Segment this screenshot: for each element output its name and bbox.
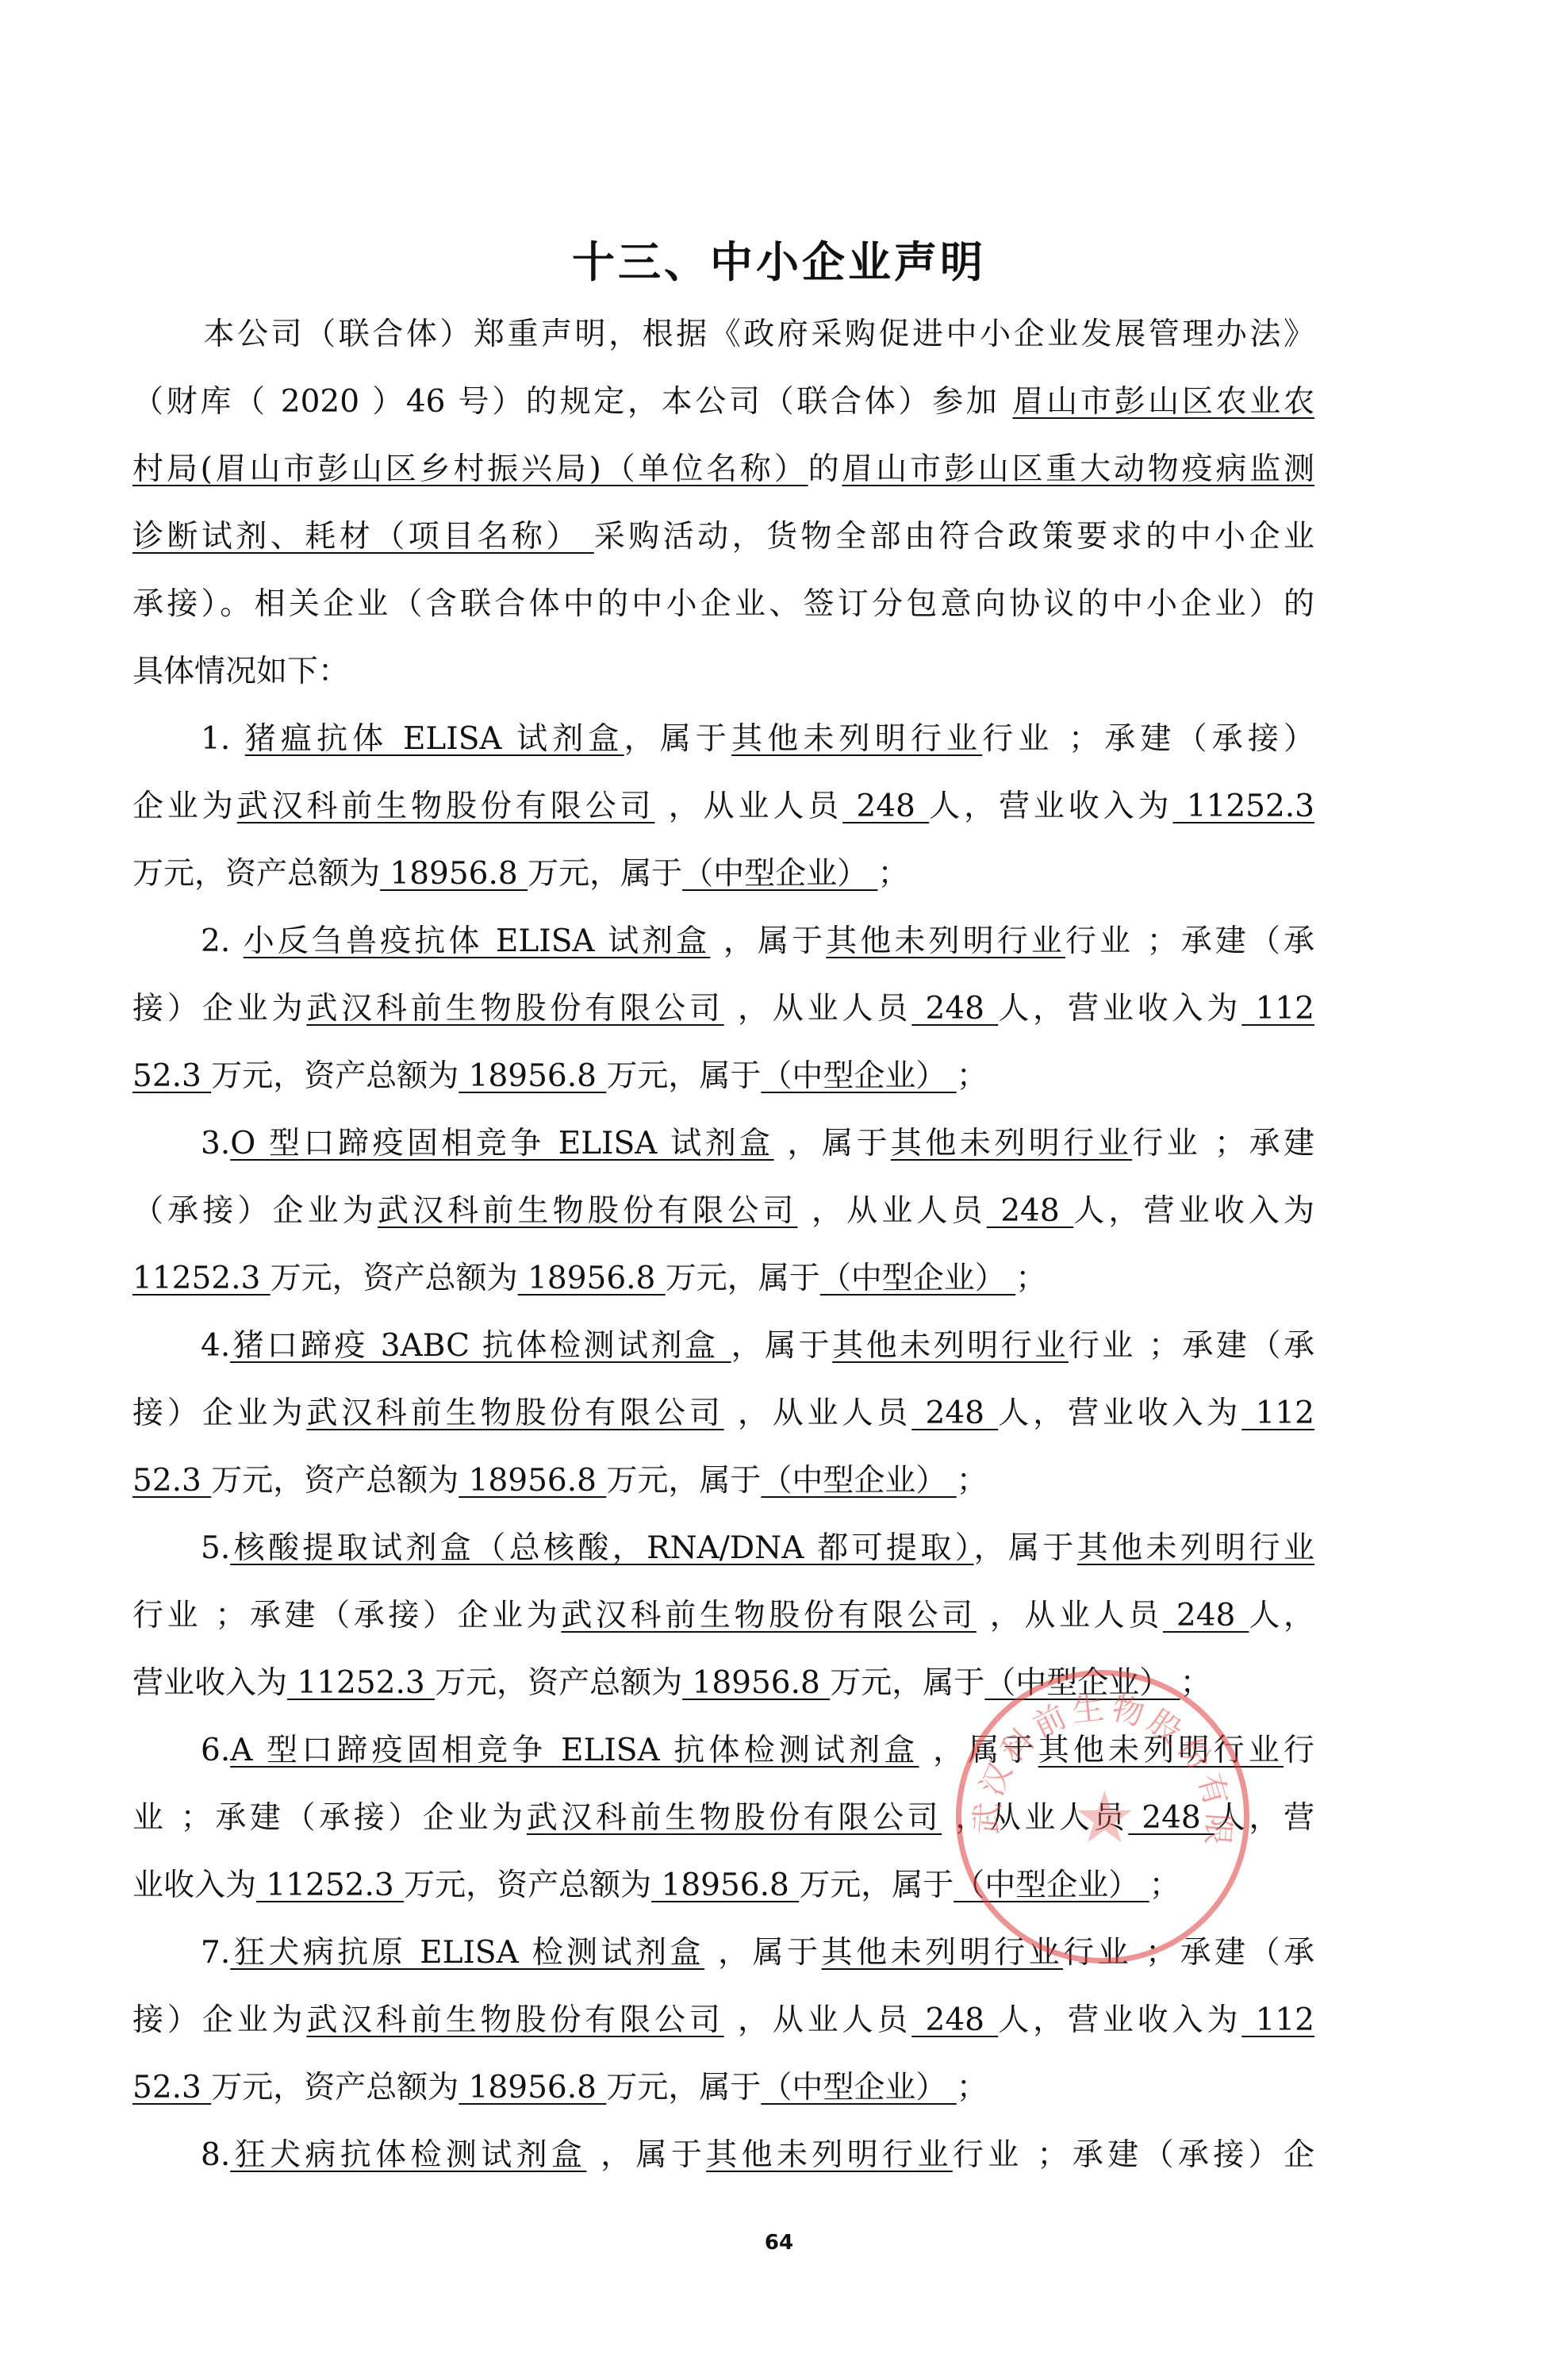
filled-field: 眉山市彭山区重大动物疫病监测: [842, 451, 1314, 487]
static-text: ，从业人员: [942, 1800, 1128, 1836]
text-line: 接）企业为武汉科前生物股份有限公司 ，从业人员 248 人，营业收入为 112: [132, 1997, 1314, 2044]
text-line: 具体情况如下：: [132, 648, 1314, 696]
static-text: ，从业人员: [798, 1193, 987, 1229]
filled-field: 18956.8: [459, 2070, 606, 2106]
filled-field: 11252.3: [256, 1868, 404, 1903]
text-line: 11252.3 万元，资产总额为 18956.8 万元，属于（中型企业） ；: [132, 1255, 1314, 1303]
text-line: 6.A 型口蹄疫固相竞争 ELISA 抗体检测试剂盒 ，属于其他未列明行业行: [132, 1727, 1314, 1775]
static-text: ，从业人员: [654, 789, 842, 824]
filled-field: 其他未列明行业: [706, 2137, 953, 2173]
static-text: ，属于: [774, 1126, 891, 1161]
filled-field: 眉山市彭山区农业农: [1013, 384, 1314, 420]
filled-field: 核酸提取试剂盒（总核酸，RNA/DNA 都可提取）: [230, 1530, 973, 1566]
filled-field: 52.3: [132, 2070, 211, 2106]
static-text: 业收入为: [132, 1868, 256, 1903]
text-line: 企业为武汉科前生物股份有限公司 ，从业人员 248 人，营业收入为 11252.…: [132, 783, 1314, 831]
static-text: ，从业人员: [977, 1598, 1163, 1633]
static-text: 接）企业为: [132, 991, 306, 1027]
filled-field: 18956.8: [682, 1665, 830, 1701]
static-text: 万元，资产总额为: [211, 1058, 459, 1094]
text-line: 接）企业为武汉科前生物股份有限公司 ，从业人员 248 人，营业收入为 112: [132, 1390, 1314, 1438]
filled-field: 11252.3: [132, 1261, 271, 1296]
filled-field: （中型企业）: [954, 1868, 1149, 1903]
static-text: 人，营业收入为: [998, 991, 1241, 1027]
filled-field: 村局(眉山市彭山区乡村振兴局)（单位名称）: [132, 451, 808, 487]
text-line: 营业收入为 11252.3 万元，资产总额为 18956.8 万元，属于（中型企…: [132, 1660, 1314, 1707]
static-text: 2.: [201, 923, 244, 959]
static-text: 万元，资产总额为: [435, 1665, 682, 1701]
filled-field: （中型企业）: [761, 2070, 956, 2106]
static-text: 8.: [201, 2137, 230, 2173]
filled-field: 248: [842, 789, 929, 824]
static-text: ；: [1180, 1665, 1211, 1701]
static-text: 行业 ；承建（承: [1063, 1935, 1314, 1971]
text-line: 3.O 型口蹄疫固相竞争 ELISA 试剂盒 ，属于其他未列明行业行业 ；承建: [132, 1120, 1314, 1168]
static-text: 万元，属于: [799, 1868, 954, 1903]
static-text: （承接）企业为: [132, 1193, 378, 1229]
filled-field: 248: [911, 2002, 998, 2038]
static-text: ，属于: [710, 923, 826, 959]
filled-field: （中型企业）: [984, 1665, 1180, 1701]
filled-field: 248: [911, 1395, 998, 1431]
filled-field: （中型企业）: [761, 1058, 956, 1094]
filled-field: A 型口蹄疫固相竞争 ELISA 抗体检测试剂盒: [230, 1733, 919, 1768]
static-text: 7.: [201, 1935, 230, 1971]
static-text: ；: [957, 2070, 988, 2106]
static-text: 行业 ；承建（承接）: [982, 721, 1314, 757]
filled-field: 武汉科前生物股份有限公司: [378, 1193, 798, 1229]
text-line: 2. 小反刍兽疫抗体 ELISA 试剂盒 ，属于其他未列明行业行业 ；承建（承: [132, 918, 1314, 965]
text-line: 业收入为 11252.3 万元，资产总额为 18956.8 万元，属于（中型企业…: [132, 1862, 1314, 1910]
text-line: 52.3 万元，资产总额为 18956.8 万元，属于（中型企业） ；: [132, 1457, 1314, 1505]
static-text: 承接）。相关企业（含联合体中的中小企业、签订分包意向协议的中小企业）的: [132, 586, 1314, 622]
static-text: ，属于: [704, 1935, 821, 1971]
static-text: ；: [1015, 1261, 1046, 1296]
filled-field: （中型企业）: [761, 1463, 956, 1499]
filled-field: 248: [1128, 1800, 1214, 1836]
filled-field: 18956.8: [459, 1058, 606, 1094]
static-text: 行业 ；承建（承接）企: [953, 2137, 1314, 2173]
static-text: 业 ；承建（承接）企业为: [132, 1800, 527, 1836]
static-text: 人，营: [1215, 1800, 1314, 1836]
static-text: 万元，资产总额为: [132, 856, 380, 892]
filled-field: 武汉科前生物股份有限公司: [306, 1395, 723, 1431]
text-line: 承接）。相关企业（含联合体中的中小企业、签订分包意向协议的中小企业）的: [132, 581, 1314, 628]
static-text: 万元，属于: [666, 1261, 820, 1296]
text-line: 1. 猪瘟抗体 ELISA 试剂盒，属于其他未列明行业行业 ；承建（承接）: [132, 716, 1314, 763]
filled-field: 其他未列明行业: [822, 1935, 1064, 1971]
static-text: 1.: [201, 721, 245, 757]
static-text: 接）企业为: [132, 1395, 306, 1431]
filled-field: 其他未列明行业: [731, 721, 982, 757]
static-text: 万元，资产总额为: [271, 1261, 518, 1296]
filled-field: 其他未列明行业: [1038, 1733, 1284, 1768]
filled-field: 武汉科前生物股份有限公司: [527, 1800, 942, 1836]
filled-field: 248: [987, 1193, 1074, 1229]
static-text: 5.: [201, 1530, 230, 1566]
static-text: ；: [878, 856, 909, 892]
static-text: 的: [808, 451, 842, 487]
filled-field: 小反刍兽疫抗体 ELISA 试剂盒: [244, 923, 711, 959]
static-text: ，属于: [919, 1733, 1038, 1768]
text-line: 52.3 万元，资产总额为 18956.8 万元，属于（中型企业） ；: [132, 1053, 1314, 1100]
filled-field: （中型企业）: [820, 1261, 1015, 1296]
text-line: 4.猪口蹄疫 3ABC 抗体检测试剂盒 ，属于其他未列明行业行业 ；承建（承: [132, 1322, 1314, 1370]
static-text: 4.: [201, 1328, 230, 1364]
filled-field: 其他未列明行业: [826, 923, 1065, 959]
static-text: ；: [957, 1463, 988, 1499]
static-text: 万元，属于: [830, 1665, 984, 1701]
filled-field: 11252.3: [287, 1665, 435, 1701]
static-text: 本公司（联合体）郑重声明，根据《政府采购促进中小企业发展管理办法》: [201, 317, 1314, 352]
static-text: ，属于: [731, 1328, 833, 1364]
static-text: 营业收入为: [132, 1665, 287, 1701]
text-line: 52.3 万元，资产总额为 18956.8 万元，属于（中型企业） ；: [132, 2064, 1314, 2112]
static-text: 万元，属于: [528, 856, 682, 892]
filled-field: 武汉科前生物股份有限公司: [561, 1598, 976, 1633]
filled-field: O 型口蹄疫固相竞争 ELISA 试剂盒: [230, 1126, 773, 1161]
static-text: 人，营业收入为: [998, 2002, 1241, 2038]
static-text: 行业 ；承建: [1132, 1126, 1314, 1161]
filled-field: 诊断试剂、耗材（项目名称）: [132, 519, 594, 555]
static-text: 万元，资产总额为: [404, 1868, 651, 1903]
filled-field: 武汉科前生物股份有限公司: [237, 789, 655, 824]
filled-field: 18956.8: [651, 1868, 799, 1903]
static-text: 万元，资产总额为: [211, 1463, 459, 1499]
static-text: 人，营业收入为: [929, 789, 1172, 824]
text-line: 7.狂犬病抗原 ELISA 检测试剂盒 ，属于其他未列明行业行业 ；承建（承: [132, 1929, 1314, 1977]
static-text: 采购活动，货物全部由符合政策要求的中小企业: [594, 519, 1314, 555]
filled-field: 武汉科前生物股份有限公司: [306, 991, 723, 1027]
filled-field: 52.3: [132, 1463, 211, 1499]
filled-field: 其他未列明行业: [1077, 1530, 1314, 1566]
static-text: 具体情况如下：: [132, 654, 349, 689]
filled-field: 11252.3: [1172, 789, 1314, 824]
filled-field: 248: [1163, 1598, 1249, 1633]
static-text: （财库（ 2020 ）46 号）的规定，本公司（联合体）参加: [132, 384, 1013, 420]
static-text: ，从业人员: [724, 2002, 912, 2038]
page-number: 64: [0, 2231, 1558, 2255]
text-line: 业 ；承建（承接）企业为武汉科前生物股份有限公司 ，从业人员 248 人，营: [132, 1795, 1314, 1842]
filled-field: 狂犬病抗原 ELISA 检测试剂盒: [230, 1935, 704, 1971]
page-title: 十三、中小企业声明: [0, 228, 1558, 290]
static-text: 接）企业为: [132, 2002, 306, 2038]
static-text: 人，: [1249, 1598, 1314, 1633]
text-line: 村局(眉山市彭山区乡村振兴局)（单位名称）的眉山市彭山区重大动物疫病监测: [132, 446, 1314, 493]
filled-field: 猪口蹄疫 3ABC 抗体检测试剂盒: [230, 1328, 731, 1364]
text-line: 万元，资产总额为 18956.8 万元，属于（中型企业） ；: [132, 850, 1314, 898]
static-text: 人，营业收入为: [998, 1395, 1241, 1431]
text-line: 行业 ；承建（承接）企业为武汉科前生物股份有限公司 ，从业人员 248 人，: [132, 1592, 1314, 1640]
static-text: ，属于: [586, 2137, 706, 2173]
static-text: 行业 ；承建（承: [1065, 923, 1314, 959]
static-text: 万元，属于: [606, 2070, 761, 2106]
static-text: ；: [957, 1058, 988, 1094]
filled-field: 112: [1241, 991, 1314, 1027]
static-text: 万元，资产总额为: [211, 2070, 459, 2106]
filled-field: 248: [911, 991, 998, 1027]
static-text: 万元，属于: [606, 1058, 761, 1094]
static-text: 3.: [201, 1126, 230, 1161]
text-line: 本公司（联合体）郑重声明，根据《政府采购促进中小企业发展管理办法》: [132, 311, 1314, 359]
static-text: 行: [1284, 1733, 1314, 1768]
static-text: ；: [1149, 1868, 1180, 1903]
filled-field: 112: [1241, 2002, 1314, 2038]
filled-field: （中型企业）: [682, 856, 877, 892]
filled-field: 112: [1241, 1395, 1314, 1431]
filled-field: 狂犬病抗体检测试剂盒: [230, 2137, 586, 2173]
filled-field: 18956.8: [518, 1261, 666, 1296]
text-line: （财库（ 2020 ）46 号）的规定，本公司（联合体）参加 眉山市彭山区农业农: [132, 378, 1314, 426]
filled-field: 18956.8: [380, 856, 528, 892]
static-text: 企业为: [132, 789, 237, 824]
static-text: 万元，属于: [606, 1463, 761, 1499]
filled-field: 其他未列明行业: [891, 1126, 1132, 1161]
text-line: 5.核酸提取试剂盒（总核酸，RNA/DNA 都可提取），属于其他未列明行业: [132, 1525, 1314, 1572]
static-text: 行业 ；承建（承接）企业为: [132, 1598, 561, 1633]
filled-field: 其他未列明行业: [832, 1328, 1069, 1364]
static-text: ，属于: [974, 1530, 1077, 1566]
static-text: ，属于: [624, 721, 731, 757]
text-line: （承接）企业为武汉科前生物股份有限公司 ，从业人员 248 人，营业收入为: [132, 1188, 1314, 1235]
filled-field: 武汉科前生物股份有限公司: [306, 2002, 723, 2038]
text-line: 诊断试剂、耗材（项目名称） 采购活动，货物全部由符合政策要求的中小企业: [132, 513, 1314, 561]
static-text: ，从业人员: [724, 991, 912, 1027]
filled-field: 52.3: [132, 1058, 211, 1094]
filled-field: 猪瘟抗体 ELISA 试剂盒: [245, 721, 624, 757]
text-line: 接）企业为武汉科前生物股份有限公司 ，从业人员 248 人，营业收入为 112: [132, 985, 1314, 1033]
static-text: 人，营业收入为: [1073, 1193, 1314, 1229]
document-page: 十三、中小企业声明 本公司（联合体）郑重声明，根据《政府采购促进中小企业发展管理…: [0, 0, 1558, 2380]
static-text: 行业 ；承建（承: [1069, 1328, 1314, 1364]
filled-field: 18956.8: [459, 1463, 606, 1499]
static-text: 6.: [201, 1733, 230, 1768]
text-line: 8.狂犬病抗体检测试剂盒 ，属于其他未列明行业行业 ；承建（承接）企: [132, 2132, 1314, 2179]
static-text: ，从业人员: [724, 1395, 912, 1431]
